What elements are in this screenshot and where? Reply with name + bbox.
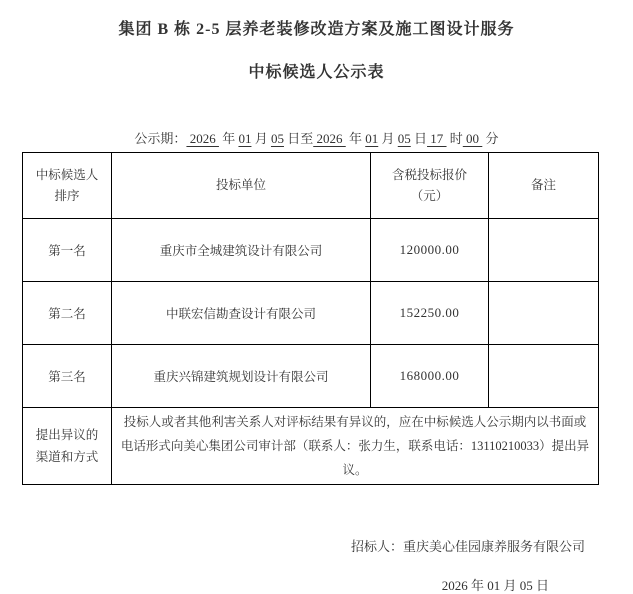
rank-cell: 第三名 bbox=[23, 345, 112, 408]
publicity-value: 01 bbox=[238, 131, 251, 146]
publish-date: 2026 年 01 月 05 日 bbox=[442, 575, 549, 594]
announcement-document: { "title": { "line1": "集团 B 栋 2-5 层养老装修改… bbox=[0, 0, 633, 594]
table-row: 第三名重庆兴锦建筑规划设计有限公司168000.00 bbox=[23, 345, 599, 408]
publicity-value: 17 bbox=[427, 131, 447, 146]
bidder-cell: 重庆兴锦建筑规划设计有限公司 bbox=[112, 345, 371, 408]
publicity-text: 月 bbox=[378, 131, 398, 146]
document-title-line2: 中标候选人公示表 bbox=[0, 59, 633, 82]
dispute-content-cell: 投标人或者其他利害关系人对评标结果有异议的，应在中标候选人公示期内以书面或电话形… bbox=[112, 408, 599, 485]
remark-cell bbox=[489, 219, 599, 282]
publicity-text: 公示期： bbox=[134, 131, 186, 146]
dispute-label-cell: 提出异议的 渠道和方式 bbox=[23, 408, 112, 485]
column-header-0: 中标候选人排序 bbox=[23, 153, 112, 219]
price-cell: 152250.00 bbox=[371, 282, 489, 345]
publicity-text: 时 bbox=[447, 131, 463, 146]
bidder-cell: 中联宏信勘查设计有限公司 bbox=[112, 282, 371, 345]
column-header-1: 投标单位 bbox=[112, 153, 371, 219]
publicity-text: 日至 bbox=[284, 131, 313, 146]
remark-cell bbox=[489, 345, 599, 408]
rank-cell: 第一名 bbox=[23, 219, 112, 282]
publicity-text: 月 bbox=[251, 131, 271, 146]
remark-cell bbox=[489, 282, 599, 345]
publicity-period: 公示期： 2026 年 01 月 05 日至 2026 年 01 月 05 日 … bbox=[0, 128, 633, 147]
column-header-line: 排序 bbox=[29, 186, 105, 207]
dispute-label-line1: 提出异议的 bbox=[29, 424, 105, 446]
dispute-row: 提出异议的 渠道和方式 投标人或者其他利害关系人对评标结果有异议的，应在中标候选… bbox=[23, 408, 599, 485]
column-header-line: （元） bbox=[377, 186, 482, 207]
column-header-line: 投标单位 bbox=[118, 175, 364, 196]
publicity-value: 2026 bbox=[313, 131, 346, 146]
tenderer-line: 招标人：重庆美心佳园康养服务有限公司 bbox=[351, 536, 585, 555]
column-header-line: 含税投标报价 bbox=[377, 165, 482, 186]
publicity-text: 日 bbox=[411, 131, 427, 146]
publicity-value: 05 bbox=[271, 131, 284, 146]
publicity-value: 05 bbox=[398, 131, 411, 146]
table-header-row: 中标候选人排序投标单位含税投标报价（元）备注 bbox=[23, 153, 599, 219]
price-cell: 168000.00 bbox=[371, 345, 489, 408]
document-title-line1: 集团 B 栋 2-5 层养老装修改造方案及施工图设计服务 bbox=[0, 16, 633, 39]
price-cell: 120000.00 bbox=[371, 219, 489, 282]
bidder-cell: 重庆市全城建筑设计有限公司 bbox=[112, 219, 371, 282]
table-row: 第二名中联宏信勘查设计有限公司152250.00 bbox=[23, 282, 599, 345]
column-header-3: 备注 bbox=[489, 153, 599, 219]
column-header-line: 备注 bbox=[495, 175, 592, 196]
rank-cell: 第二名 bbox=[23, 282, 112, 345]
publicity-text: 年 bbox=[346, 131, 366, 146]
column-header-line: 中标候选人 bbox=[29, 165, 105, 186]
table-body: 第一名重庆市全城建筑设计有限公司120000.00第二名中联宏信勘查设计有限公司… bbox=[23, 219, 599, 408]
candidates-table: 中标候选人排序投标单位含税投标报价（元）备注 第一名重庆市全城建筑设计有限公司1… bbox=[22, 152, 599, 485]
publicity-value: 00 bbox=[463, 131, 483, 146]
publicity-value: 2026 bbox=[186, 131, 219, 146]
dispute-label-line2: 渠道和方式 bbox=[29, 446, 105, 468]
column-header-2: 含税投标报价（元） bbox=[371, 153, 489, 219]
table-row: 第一名重庆市全城建筑设计有限公司120000.00 bbox=[23, 219, 599, 282]
publicity-text: 分 bbox=[482, 131, 498, 146]
publicity-text: 年 bbox=[219, 131, 239, 146]
publicity-value: 01 bbox=[365, 131, 378, 146]
